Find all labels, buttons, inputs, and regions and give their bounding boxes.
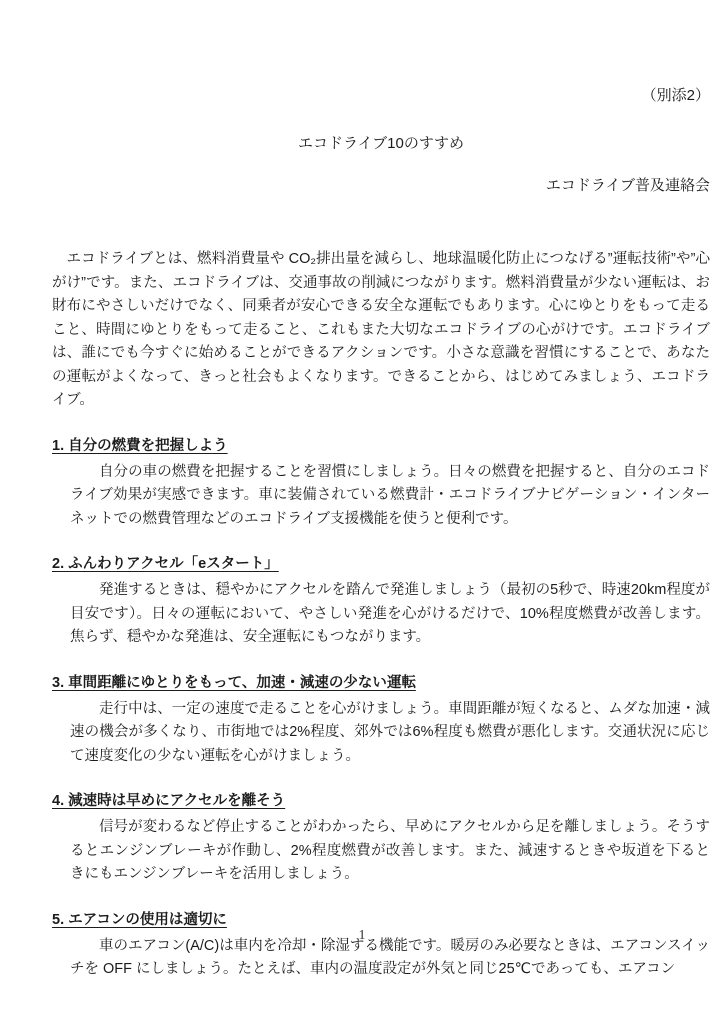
section-3-body: 走行中は、一定の速度で走ることを心がけましょう。車間距離が短くなると、ムダな加速…	[70, 698, 710, 769]
section-3: 3. 車間距離にゆとりをもって、加速・減速の少ない運転 走行中は、一定の速度で走…	[52, 671, 710, 769]
section-4-body: 信号が変わるなど停止することがわかったら、早めにアクセルから足を離しましょう。そ…	[70, 816, 710, 887]
organization-name: エコドライブ普及連絡会	[52, 174, 710, 198]
section-4-heading: 4. 減速時は早めにアクセルを離そう	[52, 789, 710, 814]
section-3-heading: 3. 車間距離にゆとりをもって、加速・減速の少ない運転	[52, 671, 710, 696]
section-1-body: 自分の車の燃費を把握することを習慣にしましょう。日々の燃費を把握すると、自分のエ…	[70, 461, 710, 532]
section-2-body: 発進するときは、穏やかにアクセルを踏んで発進しましょう（最初の5秒で、時速20k…	[70, 579, 710, 650]
section-1: 1. 自分の燃費を把握しよう 自分の車の燃費を把握することを習慣にしましょう。日…	[52, 434, 710, 532]
section-1-heading: 1. 自分の燃費を把握しよう	[52, 434, 710, 459]
section-2: 2. ふんわりアクセル「eスタート」 発進するときは、穏やかにアクセルを踏んで発…	[52, 552, 710, 650]
intro-paragraph: エコドライブとは、燃料消費量や CO₂排出量を減らし、地球温暖化防止につなげる”…	[52, 248, 710, 413]
section-4: 4. 減速時は早めにアクセルを離そう 信号が変わるなど停止することがわかったら、…	[52, 789, 710, 887]
page-number: 1	[0, 928, 724, 944]
section-2-heading: 2. ふんわりアクセル「eスタート」	[52, 552, 710, 577]
document-page: （別添2） エコドライブ10のすすめ エコドライブ普及連絡会 エコドライブとは、…	[0, 0, 724, 1024]
attachment-note: （別添2）	[52, 84, 710, 108]
document-title: エコドライブ10のすすめ	[52, 132, 710, 156]
section-5: 5. エアコンの使用は適切に 車のエアコン(A/C)は車内を冷却・除湿する機能で…	[52, 908, 710, 982]
